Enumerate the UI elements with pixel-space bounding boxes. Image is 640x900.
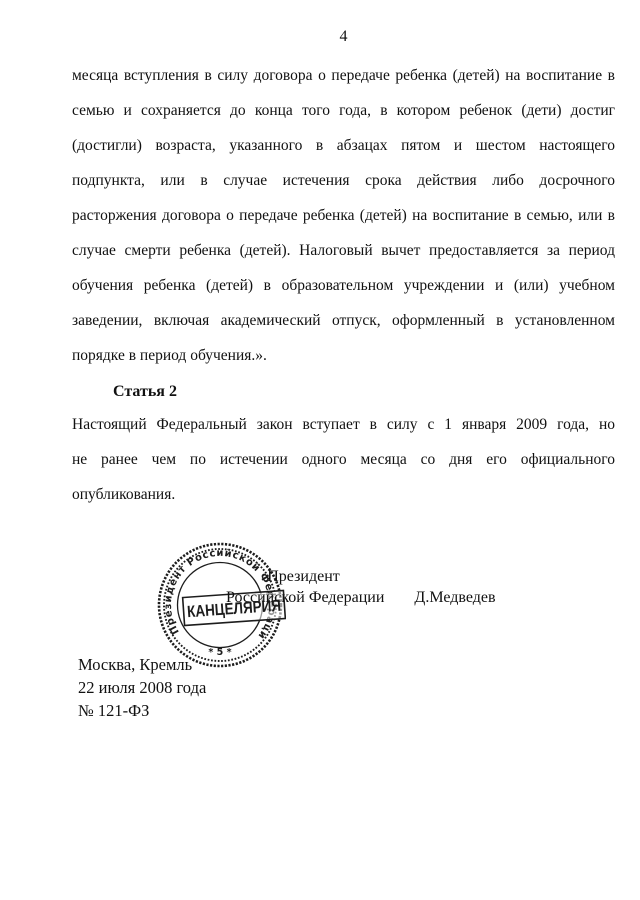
footer-date: 22 июля 2008 года: [78, 676, 206, 699]
signature-name: Д.Медведев: [414, 587, 495, 608]
text-line: расторжения договора о передаче ребенка …: [72, 198, 615, 233]
text-line: подпункта, или в случае истечения срока …: [72, 163, 615, 198]
signature-block: Президент Российской Федерации Д.Медведе…: [226, 566, 496, 608]
text-line: семью и сохраняется до конца того года, …: [72, 93, 615, 128]
signature-title-line2: Российской Федерации: [226, 587, 384, 608]
footer-law-number: № 121-ФЗ: [78, 699, 206, 722]
text-line: Настоящий Федеральный закон вступает в с…: [72, 407, 615, 442]
text-line: (достигли) возраста, указанного в абзаца…: [72, 128, 615, 163]
text-line: месяца вступления в силу договора о пере…: [72, 58, 615, 93]
text-line: не ранее чем по истечении одного месяца …: [72, 442, 615, 477]
paragraph-entry-into-force: Настоящий Федеральный закон вступает в с…: [72, 407, 615, 512]
signature-title-line1: Президент: [226, 566, 381, 587]
article-heading: Статья 2: [113, 377, 177, 407]
stamp-bottom-number: * 5 *: [208, 647, 231, 658]
text-line: обучения ребенка (детей) в образовательн…: [72, 268, 615, 303]
text-line: заведении, включая академический отпуск,…: [72, 303, 615, 338]
document-page: 4 месяца вступления в силу договора о пе…: [0, 0, 640, 900]
paragraph-tax-deduction: месяца вступления в силу договора о пере…: [72, 58, 615, 373]
footer-block: Москва, Кремль 22 июля 2008 года № 121-Ф…: [78, 653, 206, 722]
footer-place: Москва, Кремль: [78, 653, 206, 676]
text-line: случае смерти ребенка (детей). Налоговый…: [72, 233, 615, 268]
page-number: 4: [72, 27, 615, 47]
text-line: порядке в период обучения.».: [72, 338, 615, 373]
text-line: опубликования.: [72, 477, 615, 512]
